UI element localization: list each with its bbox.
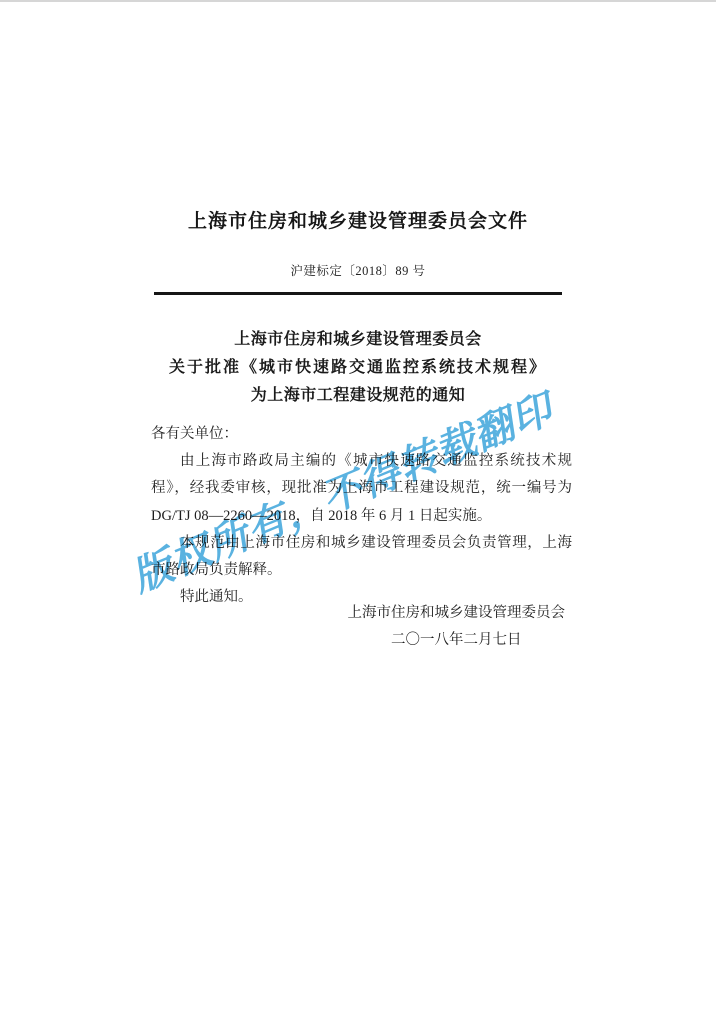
- body-salutation: 各有关单位：: [151, 421, 572, 448]
- body-line: 由上海市路政局主编的《城市快速路交通监控系统技术规: [151, 448, 572, 475]
- notice-heading-line-1: 上海市住房和城乡建设管理委员会: [0, 326, 716, 354]
- notice-heading-line-2: 关于批准《城市快速路交通监控系统技术规程》: [0, 354, 716, 382]
- notice-heading: 上海市住房和城乡建设管理委员会 关于批准《城市快速路交通监控系统技术规程》 为上…: [0, 326, 716, 410]
- document-page: 上海市住房和城乡建设管理委员会文件 沪建标定〔2018〕89 号 上海市住房和城…: [0, 0, 716, 1024]
- body-line: 本规范由上海市住房和城乡建设管理委员会负责管理，上海: [151, 530, 572, 557]
- notice-body: 各有关单位： 由上海市路政局主编的《城市快速路交通监控系统技术规 程》，经我委审…: [151, 421, 572, 611]
- signature-block: 上海市住房和城乡建设管理委员会 二〇一八年二月七日: [348, 600, 566, 654]
- signature-organization: 上海市住房和城乡建设管理委员会: [348, 600, 566, 627]
- body-line: 市路政局负责解释。: [151, 557, 572, 584]
- body-line: DG/TJ 08—2260—2018，自 2018 年 6 月 1 日起实施。: [151, 503, 572, 530]
- header-divider: [154, 292, 562, 295]
- signature-date: 二〇一八年二月七日: [348, 627, 566, 654]
- document-title: 上海市住房和城乡建设管理委员会文件: [0, 206, 716, 233]
- document-number: 沪建标定〔2018〕89 号: [0, 261, 716, 279]
- notice-heading-line-3: 为上海市工程建设规范的通知: [0, 382, 716, 410]
- body-line: 程》，经我委审核，现批准为上海市工程建设规范，统一编号为: [151, 475, 572, 502]
- scan-edge: [0, 0, 716, 2]
